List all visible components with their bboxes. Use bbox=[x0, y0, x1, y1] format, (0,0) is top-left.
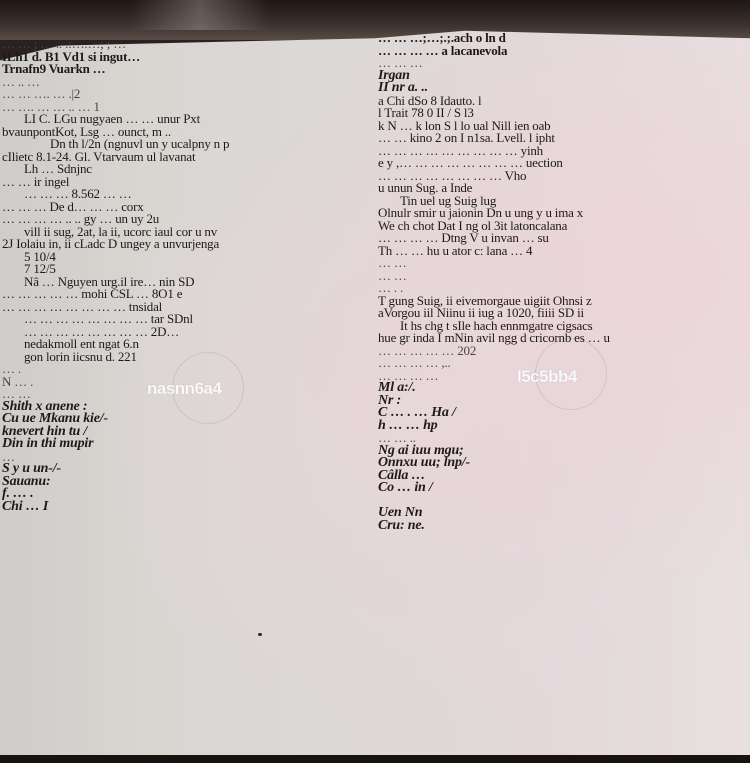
text-line: Sauanu: bbox=[2, 476, 362, 489]
right-text-column: … … …;…;.;.ach o ln d… … … … a lacanevol… bbox=[378, 32, 748, 532]
text-line: h … … hp bbox=[378, 420, 748, 433]
text-line: Cru: ne. bbox=[378, 520, 748, 533]
text-line: … . bbox=[2, 363, 362, 376]
text-line bbox=[378, 495, 748, 508]
left-text-column: … … ; … .. .:….…; ; …ILh1 d. B1 Vd1 si i… bbox=[2, 38, 362, 513]
text-line: 2J Iolaiu in, ii cLadc D ungey a unvurje… bbox=[2, 238, 362, 251]
text-line: … … … … a lacanevola bbox=[378, 45, 748, 58]
text-line: f. … . bbox=[2, 488, 362, 501]
text-line: … … bbox=[378, 257, 748, 270]
text-line: Trnafn9 Vuarkn … bbox=[2, 63, 362, 76]
text-line: Din in thi mupir bbox=[2, 438, 362, 451]
light-sheen bbox=[130, 0, 270, 30]
text-line: Th … … hu u ator c: lana … 4 bbox=[378, 245, 748, 258]
text-line: 5 10/4 bbox=[2, 251, 362, 264]
text-line: S y u un-/- bbox=[2, 463, 362, 476]
text-line: Uen Nn bbox=[378, 507, 748, 520]
photo-bottom-edge bbox=[0, 755, 750, 763]
watermark-left: nasnn6a4 bbox=[147, 379, 221, 399]
text-line: Câlla … bbox=[378, 470, 748, 483]
paper-speck bbox=[258, 633, 262, 636]
text-line: … … … bbox=[378, 57, 748, 70]
watermark-right: l5c5bb4 bbox=[517, 367, 577, 387]
text-line: … … bbox=[378, 270, 748, 283]
text-line: Co … in / bbox=[378, 482, 748, 495]
text-line: gon lorin iicsnu d. 221 bbox=[2, 351, 362, 364]
text-line: Chi … I bbox=[2, 501, 362, 514]
text-line: Irgan bbox=[378, 70, 748, 83]
text-line: Onnxu uu; lnp/- bbox=[378, 457, 748, 470]
